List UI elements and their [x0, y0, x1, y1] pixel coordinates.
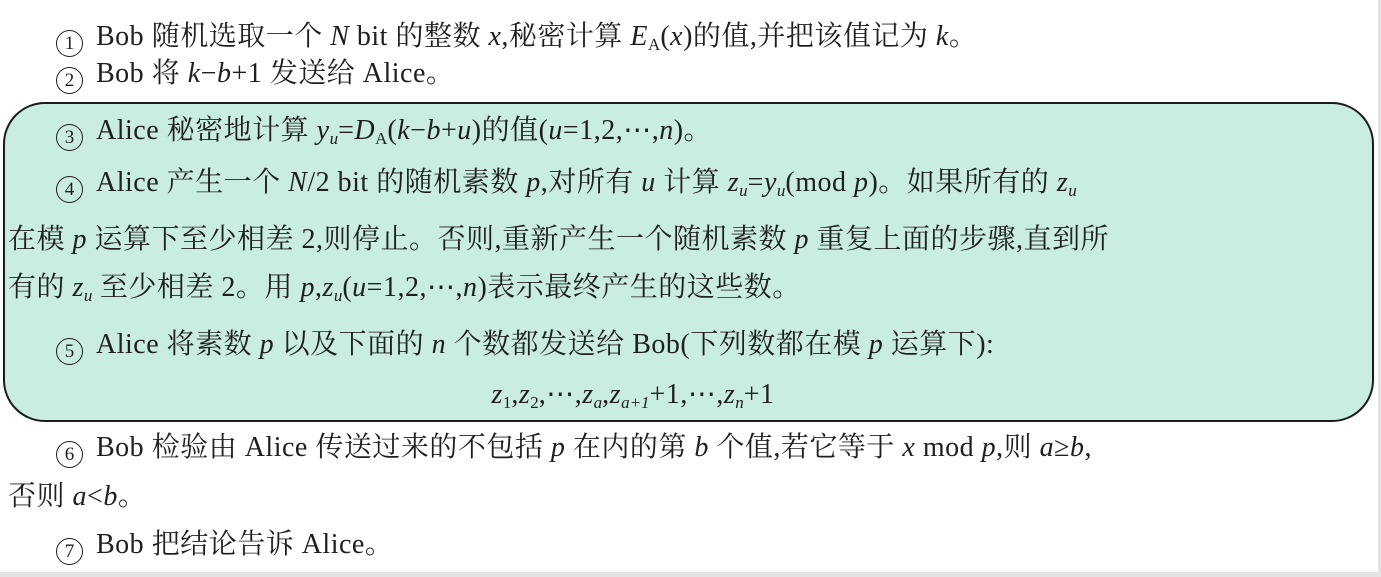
- text-segment: n: [463, 272, 478, 303]
- step-line-2: 2Bob 将 k−b+1 发送给 Alice。: [8, 56, 1375, 92]
- text-segment: Bob: [96, 58, 152, 89]
- text-segment: A: [648, 35, 660, 54]
- text-segment: 有的: [8, 272, 73, 303]
- text-segment: a: [594, 393, 603, 412]
- text-segment: 产生一个: [167, 167, 289, 198]
- text-segment: 将: [152, 58, 188, 89]
- text-segment: +: [441, 115, 457, 146]
- text-segment: p: [854, 167, 869, 198]
- text-segment: =1,2,⋯,: [367, 272, 463, 303]
- text-segment: (: [342, 272, 352, 303]
- text-segment: −: [410, 115, 426, 146]
- text-segment: 。: [365, 529, 394, 560]
- step-line-5: 5Alice 将素数 p 以及下面的 n 个数都发送给 Bob(下列数都在模 p…: [8, 327, 1375, 363]
- text-segment: z: [491, 379, 502, 410]
- text-segment: u: [352, 272, 367, 303]
- text-segment: 运算下):: [883, 329, 994, 360]
- text-segment: u: [1068, 181, 1077, 200]
- text-segment: Alice: [302, 529, 365, 560]
- text-segment: Alice: [96, 115, 167, 146]
- text-segment: Alice: [96, 329, 167, 360]
- circled-number-icon: 1: [56, 30, 83, 57]
- text-segment: 重复上面的步骤,直到所: [809, 224, 1109, 255]
- text-segment: b: [1070, 432, 1085, 463]
- text-segment: z: [610, 379, 621, 410]
- text-segment: =1,2,⋯,: [563, 115, 659, 146]
- text-segment: u: [457, 115, 472, 146]
- step-line-7: 7Bob 把结论告诉 Alice。: [8, 527, 1375, 563]
- text-segment: 个值,若它等于: [709, 432, 903, 463]
- text-segment: 。: [118, 481, 147, 512]
- text-segment: 至少相差 2。用: [92, 272, 300, 303]
- text-segment: b: [426, 115, 441, 146]
- text-segment: y: [317, 115, 330, 146]
- text-segment: ,: [602, 379, 610, 410]
- circled-number-icon: 4: [56, 176, 83, 203]
- text-segment: Bob: [96, 432, 152, 463]
- circled-number-icon: 2: [56, 67, 83, 94]
- text-segment: +1,⋯,: [650, 379, 724, 410]
- text-segment: z: [322, 272, 333, 303]
- text-segment: −: [201, 58, 217, 89]
- text-segment: (: [387, 115, 397, 146]
- text-segment: )表示最终产生的这些数。: [477, 272, 800, 303]
- text-segment: ≥: [1054, 432, 1070, 463]
- text-segment: mod: [795, 167, 854, 198]
- text-segment: ,⋯,: [539, 379, 583, 410]
- continuation-line-6a: 否则 a<b。: [8, 479, 1375, 515]
- circled-number-icon: 3: [56, 124, 83, 151]
- text-segment: 个数都发送给: [446, 329, 632, 360]
- text-segment: n: [432, 329, 447, 360]
- text-segment: u: [330, 129, 339, 148]
- text-segment: 。: [426, 58, 455, 89]
- text-segment: p: [795, 224, 810, 255]
- formula-line: z1,z2,⋯,za,za+1+1,⋯,zn+1: [8, 377, 1258, 413]
- text-segment: ,则: [996, 432, 1040, 463]
- text-segment: n: [659, 115, 674, 146]
- circled-number-icon: 6: [56, 441, 83, 468]
- text-segment: y: [764, 167, 777, 198]
- text-segment: 把结论告诉: [152, 529, 302, 560]
- text-segment: ,对所有: [541, 167, 642, 198]
- text-segment: A: [375, 129, 387, 148]
- text-segment: 的随机素数: [376, 167, 526, 198]
- text-segment: x: [902, 432, 915, 463]
- text-segment: p: [260, 329, 275, 360]
- text-segment: +1 发送给: [231, 58, 362, 89]
- text-segment: k: [188, 58, 201, 89]
- text-segment: 随机选取一个: [152, 21, 331, 52]
- text-segment: bit: [349, 21, 395, 52]
- text-segment: 在内的第: [565, 432, 694, 463]
- text-segment: N: [288, 167, 307, 198]
- text-segment: 在模: [8, 224, 73, 255]
- scan-edge-bottom: [0, 572, 1381, 577]
- text-segment: bit: [338, 167, 377, 198]
- text-segment: =: [748, 167, 764, 198]
- text-segment: (: [785, 167, 795, 198]
- text-segment: Alice: [96, 167, 167, 198]
- text-segment: k: [936, 21, 949, 52]
- text-segment: u: [641, 167, 656, 198]
- text-segment: /2: [307, 167, 337, 198]
- step-line-4: 4Alice 产生一个 N/2 bit 的随机素数 p,对所有 u 计算 zu=…: [8, 165, 1375, 201]
- text-segment: u: [739, 181, 748, 200]
- text-segment: n: [735, 393, 744, 412]
- text-segment: ,: [1085, 432, 1093, 463]
- text-segment: N: [330, 21, 349, 52]
- continuation-line-4b: 有的 zu 至少相差 2。用 p,zu(u=1,2,⋯,n)表示最终产生的这些数…: [8, 270, 1375, 306]
- text-segment: (: [660, 21, 670, 52]
- text-segment: D: [354, 115, 375, 146]
- text-segment: p: [982, 432, 997, 463]
- text-segment: ,: [511, 379, 519, 410]
- text-segment: p: [526, 167, 541, 198]
- text-segment: E: [630, 21, 648, 52]
- text-segment: )。如果所有的: [868, 167, 1056, 198]
- text-segment: 以及下面的: [274, 329, 432, 360]
- circled-number-icon: 7: [56, 538, 83, 565]
- text-segment: z: [1057, 167, 1068, 198]
- text-segment: +1: [744, 379, 775, 410]
- continuation-line-4a: 在模 p 运算下至少相差 2,则停止。否则,重新产生一个随机素数 p 重复上面的…: [8, 222, 1375, 258]
- text-segment: z: [519, 379, 530, 410]
- text-segment: 传送过来的不包括: [315, 432, 551, 463]
- text-segment: Bob: [96, 21, 152, 52]
- text-segment: Alice: [363, 58, 426, 89]
- text-segment: x: [670, 21, 683, 52]
- text-segment: <: [87, 481, 103, 512]
- text-segment: u: [548, 115, 563, 146]
- text-segment: z: [73, 272, 84, 303]
- step-line-6: 6Bob 检验由 Alice 传送过来的不包括 p 在内的第 b 个值,若它等于…: [8, 430, 1375, 466]
- text-segment: (下列数都在模: [680, 329, 868, 360]
- step-line-1: 1Bob 随机选取一个 N bit 的整数 x,秘密计算 EA(x)的值,并把该…: [8, 19, 1375, 55]
- text-segment: 秘密地计算: [167, 115, 317, 146]
- text-segment: )的值,并把该值记为: [683, 21, 936, 52]
- text-segment: b: [103, 481, 118, 512]
- text-segment: a: [73, 481, 88, 512]
- text-segment: p: [300, 272, 315, 303]
- text-segment: a+1: [621, 393, 649, 412]
- text-segment: )的值(: [472, 115, 549, 146]
- text-segment: 。: [949, 21, 978, 52]
- text-segment: Bob: [96, 529, 152, 560]
- text-segment: 计算: [656, 167, 728, 198]
- circled-number-icon: 5: [56, 338, 83, 365]
- text-segment: z: [728, 167, 739, 198]
- text-segment: Bob: [632, 329, 680, 360]
- text-segment: Alice: [245, 432, 316, 463]
- text-segment: b: [694, 432, 709, 463]
- text-segment: z: [724, 379, 735, 410]
- text-segment: )。: [674, 115, 712, 146]
- text-segment: z: [582, 379, 593, 410]
- text-segment: k: [397, 115, 410, 146]
- step-line-3: 3Alice 秘密地计算 yu=DA(k−b+u)的值(u=1,2,⋯,n)。: [8, 113, 1375, 149]
- text-segment: 运算下至少相差 2,则停止。否则,重新产生一个随机素数: [87, 224, 795, 255]
- text-segment: 的整数: [395, 21, 488, 52]
- text-segment: p: [73, 224, 88, 255]
- text-segment: 2: [530, 393, 539, 412]
- text-segment: 将素数: [167, 329, 260, 360]
- text-segment: 否则: [8, 481, 73, 512]
- document-body: 1Bob 随机选取一个 N bit 的整数 x,秘密计算 EA(x)的值,并把该…: [0, 0, 1381, 577]
- text-segment: p: [869, 329, 884, 360]
- text-segment: ,秘密计算: [501, 21, 630, 52]
- text-segment: 检验由: [152, 432, 245, 463]
- text-segment: b: [217, 58, 232, 89]
- text-segment: p: [551, 432, 566, 463]
- text-segment: x: [488, 21, 501, 52]
- text-segment: mod: [915, 432, 981, 463]
- text-segment: a: [1040, 432, 1055, 463]
- text-segment: =: [338, 115, 354, 146]
